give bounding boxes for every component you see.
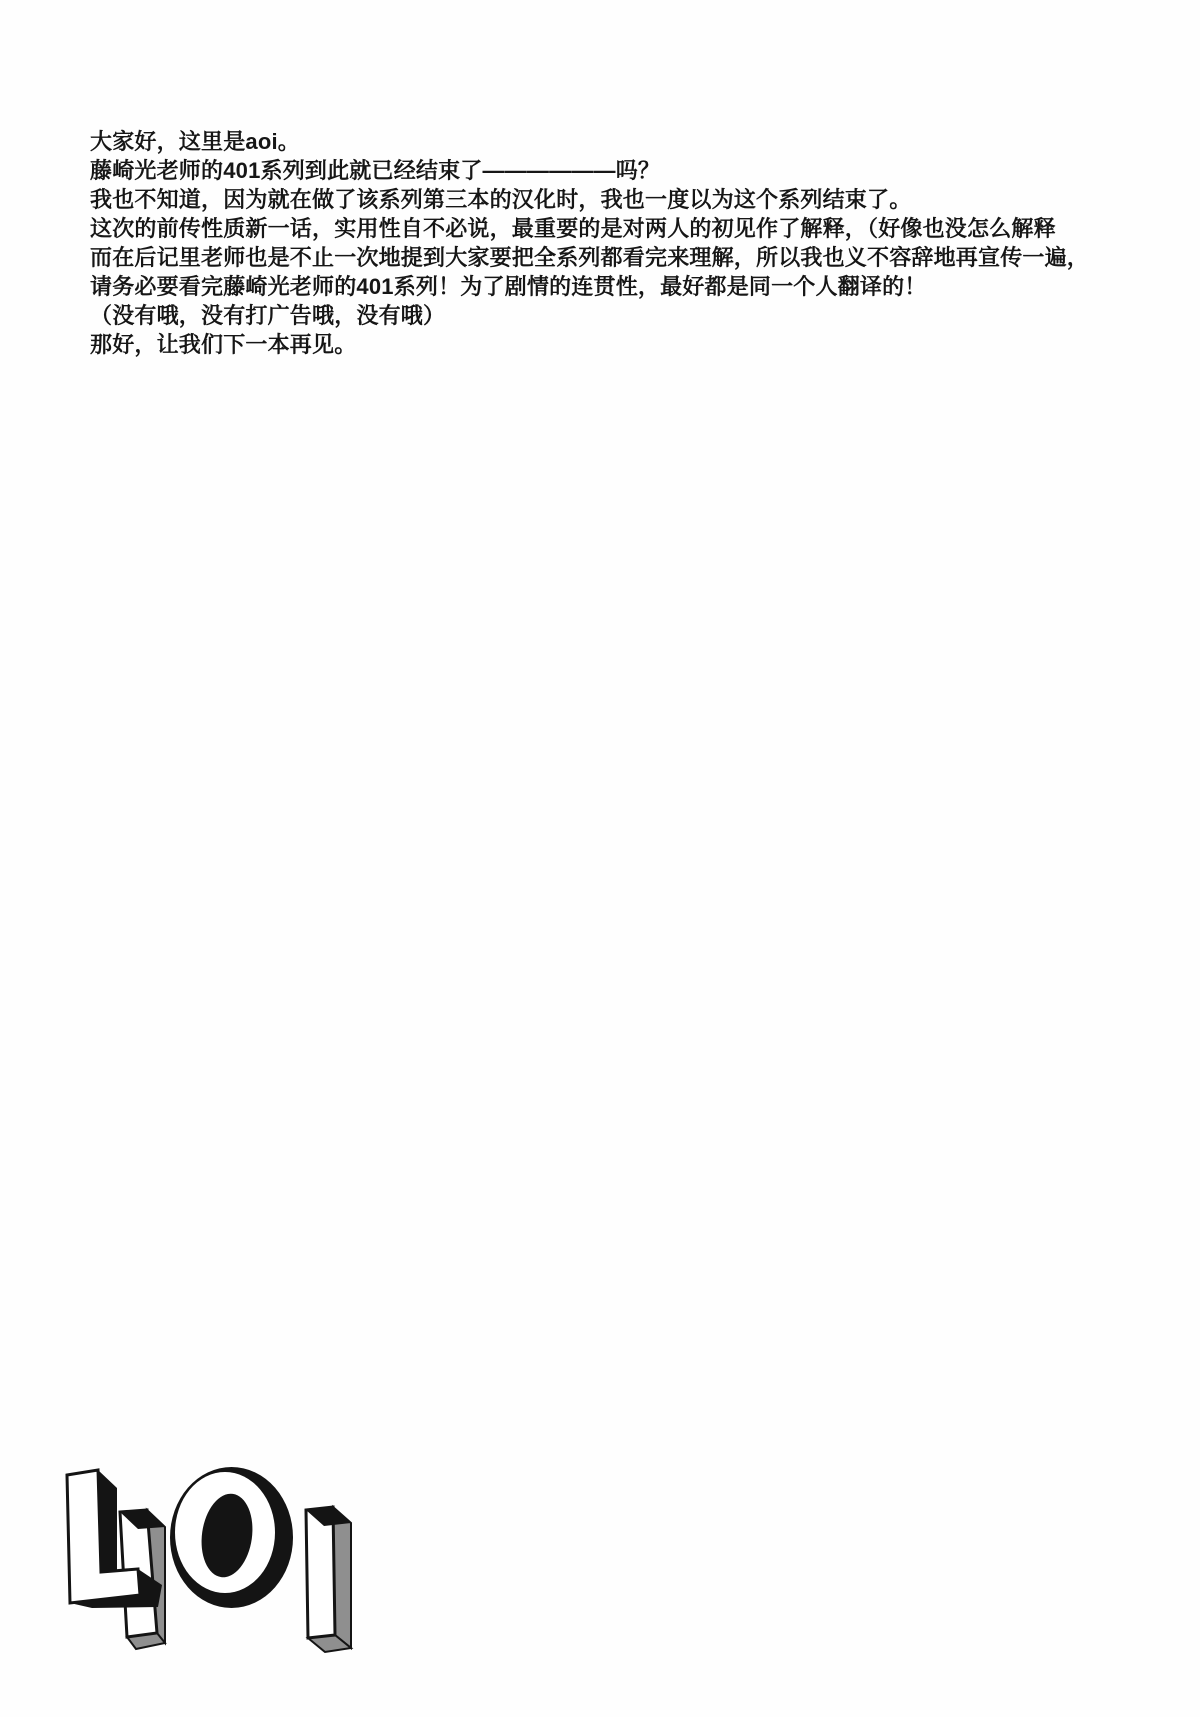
numeral-1-face: [306, 1507, 335, 1638]
numeral-4: [67, 1470, 165, 1649]
afterword-page: 大家好，这里是aoi。 藤崎光老师的401系列到此就已经结束了——————吗？ …: [0, 0, 1200, 1717]
afterword-line-7: （没有哦，没有打广告哦，没有哦）: [90, 301, 1089, 330]
afterword-text-block: 大家好，这里是aoi。 藤崎光老师的401系列到此就已经结束了——————吗？ …: [90, 127, 1089, 359]
logo-401-graphic: [58, 1460, 358, 1660]
afterword-line-2: 藤崎光老师的401系列到此就已经结束了——————吗？: [90, 156, 1089, 185]
afterword-line-8: 那好，让我们下一本再见。: [90, 330, 1089, 359]
numeral-0: [170, 1467, 293, 1608]
numeral-1: [306, 1507, 351, 1652]
afterword-line-6: 请务必要看完藤崎光老师的401系列！为了剧情的连贯性，最好都是同一个人翻译的！: [90, 272, 1089, 301]
afterword-line-5: 而在后记里老师也是不止一次地提到大家要把全系列都看完来理解，所以我也义不容辞地再…: [90, 243, 1089, 272]
afterword-line-1: 大家好，这里是aoi。: [90, 127, 1089, 156]
afterword-line-4: 这次的前传性质新一话，实用性自不必说，最重要的是对两人的初见作了解释，（好像也没…: [90, 214, 1089, 243]
afterword-line-3: 我也不知道，因为就在做了该系列第三本的汉化时，我也一度以为这个系列结束了。: [90, 185, 1089, 214]
